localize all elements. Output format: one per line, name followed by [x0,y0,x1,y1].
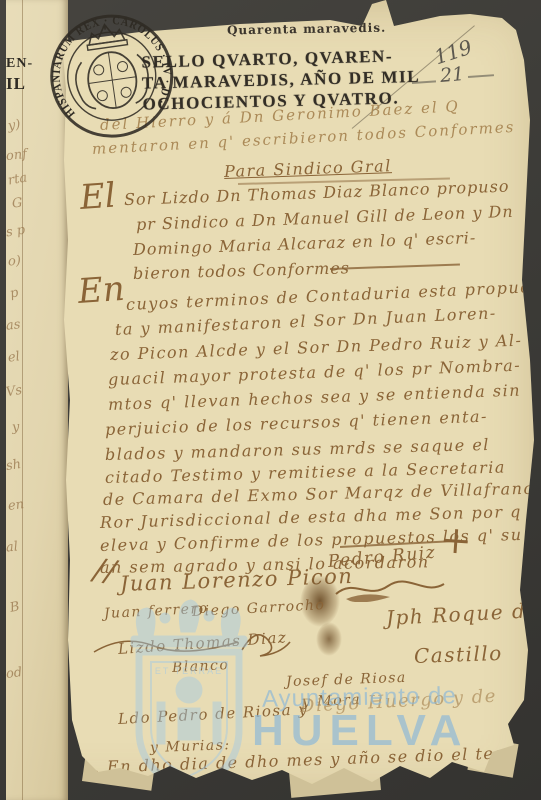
script-fragment: y [11,420,20,436]
script-fragment: p [9,285,20,301]
script-fragment: en [7,497,25,514]
script-fragment: od [5,665,23,682]
script-fragment: s p [5,223,26,241]
script-fragment: y) [7,117,21,134]
script-fragment: as [5,317,21,333]
printed-fragment: IL [6,74,26,94]
script-fragment: rta [7,170,29,188]
watermark-text: HUELVA [252,706,468,756]
script-fragment: sh [5,457,22,474]
script-fragment: onf [5,147,27,164]
printed-fragment: EN- [6,56,33,72]
watermark-motto: ET TERRAE [155,666,223,676]
scanned-document: EN- IL y) onf rta G s p o) p as el Vs y … [0,0,541,800]
seal-legend: HISPANIARUM REX · CAROLUS · IV · D · G · [25,0,180,129]
huelva-shield-watermark: ET TERRAE [125,580,275,800]
script-fragment: G [11,196,23,212]
script-fragment: al [5,539,18,555]
script-fragment: B [9,599,21,616]
royal-seal-stamp: HISPANIARUM REX · CAROLUS · IV · D · G · [25,0,201,158]
svg-text:HISPANIARUM REX · CAROLUS · IV: HISPANIARUM REX · CAROLUS · IV · D · G · [25,0,180,129]
script-fragment: el [7,349,21,366]
script-fragment: o) [7,254,21,270]
script-fragment: Vs [5,383,23,401]
